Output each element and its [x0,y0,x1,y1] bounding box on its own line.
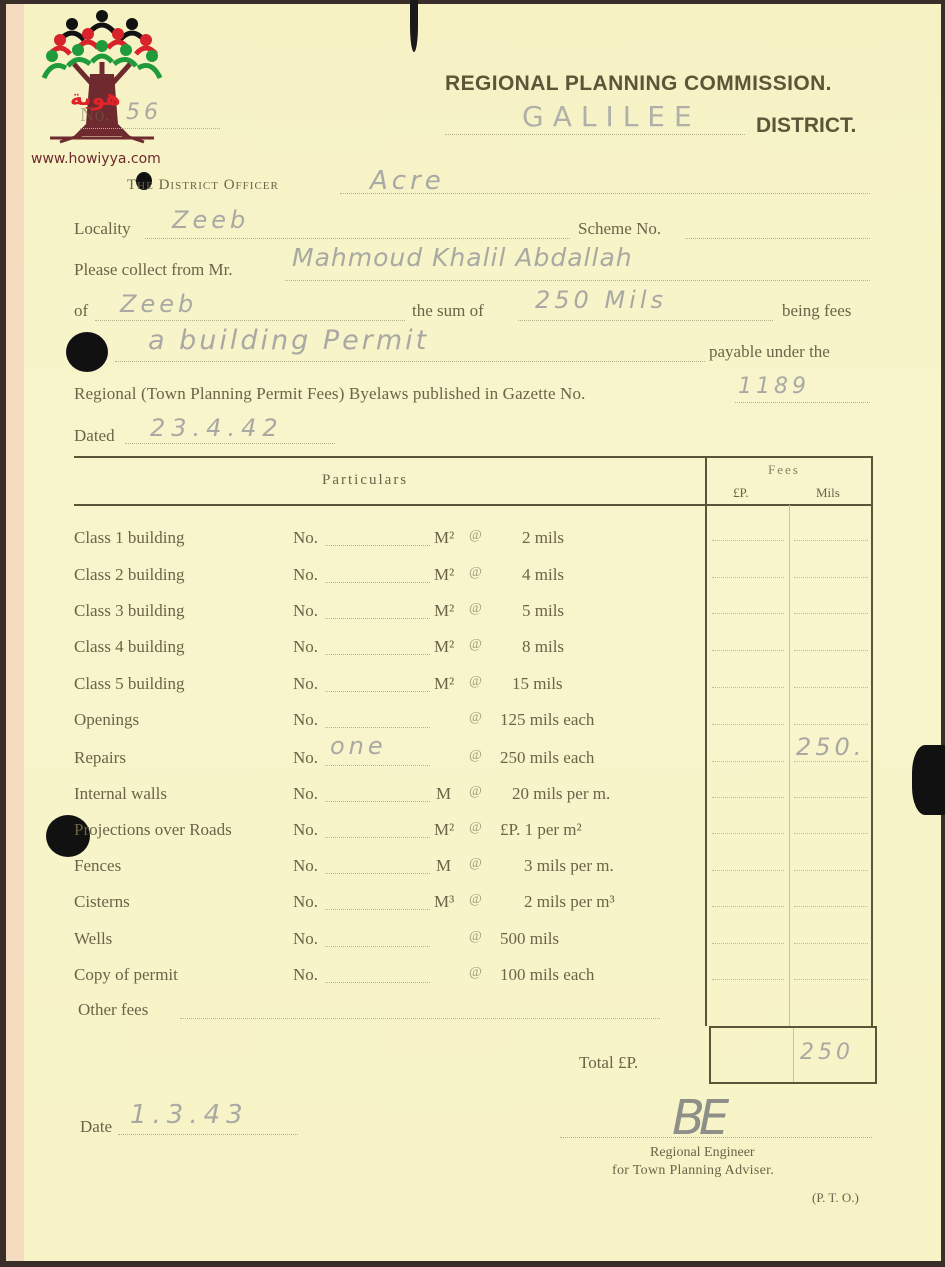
row-label: Class 1 building [74,528,185,548]
fees-right-border [871,456,873,1026]
locality-value: Zeeb [172,206,249,234]
row-rate: 15 mils [512,674,563,694]
row-other-line [180,1018,660,1019]
row-no-value: one [330,732,387,760]
fees-line [794,979,868,980]
row-unit: M² [434,674,454,694]
fees-line [712,540,784,541]
row-rate: 2 mils [522,528,564,548]
row-rate: 2 mils per m³ [524,892,615,912]
row-no-line [325,982,430,983]
row-no-line [325,837,430,838]
fees-line [712,979,784,980]
row-at: @ [469,820,482,836]
row-rate: 250 mils each [500,748,594,768]
district-officer-label: The District Officer [127,177,279,194]
purpose-value: a building Permit [148,325,429,356]
form-number-value: 56 [126,100,162,125]
total-left-border [709,1026,711,1084]
pto-note: (P. T. O.) [812,1190,859,1206]
row-no-line [325,909,430,910]
row-label: Repairs [74,748,126,768]
row-no: No. [293,856,318,876]
dated-value: 23.4.42 [150,414,284,442]
purpose-line [115,361,705,362]
gazette-line [735,402,870,403]
row-unit: M² [434,565,454,585]
collect-line [285,280,870,281]
row-rate: 4 mils [522,565,564,585]
howiyya-logo: هوية [30,4,180,174]
row-rate: 20 mils per m. [512,784,610,804]
total-mils-value: 250 [800,1040,854,1065]
locality-line [145,238,570,239]
row-no-line [325,801,430,802]
fees-line [794,833,868,834]
fees-line [712,833,784,834]
row-mils-value: 250. [796,733,865,761]
row-unit: M [436,784,451,804]
dated-label: Dated [74,426,115,446]
gazette-value: 1189 [738,374,810,399]
district-officer-line [340,193,870,194]
row-label: Other fees [78,1000,148,1020]
row-at: @ [469,748,482,764]
date-value: 1.3.43 [130,1100,249,1130]
punch-hole-right [912,745,945,815]
row-label: Cisterns [74,892,130,912]
date-line [118,1134,298,1135]
fees-line [794,540,868,541]
row-at: @ [469,856,482,872]
row-no-line [325,727,430,728]
district-label: DISTRICT. [756,114,856,138]
fees-line [712,906,784,907]
tree-logo-icon [30,4,180,154]
signer-title: Regional Engineer [650,1145,755,1161]
fees-line [712,687,784,688]
row-label: Class 2 building [74,565,185,585]
row-no: No. [293,820,318,840]
row-at: @ [469,601,482,617]
row-label: Internal walls [74,784,167,804]
district-line [445,134,745,135]
payable-label: payable under the [709,342,830,362]
total-divider [793,1028,794,1082]
punch-hole-left-1 [66,332,108,372]
row-no-line [325,654,430,655]
header-fees: Fees [768,462,800,478]
scheme-line [685,238,870,239]
sum-label: the sum of [412,301,484,321]
row-rate: 8 mils [522,637,564,657]
row-no: No. [293,965,318,985]
row-no: No. [293,929,318,949]
fees-line [712,761,784,762]
row-unit: M² [434,637,454,657]
header-particulars: Particulars [322,472,408,489]
row-at: @ [469,965,482,981]
table-header-bottom-border [74,504,872,506]
total-label: Total £P. [579,1053,638,1073]
fees-line [712,650,784,651]
of-value: Zeeb [120,290,197,318]
row-at: @ [469,528,482,544]
row-label: Class 3 building [74,601,185,621]
row-label: Wells [74,929,112,949]
row-no-line [325,618,430,619]
being-fees-label: being fees [782,301,851,321]
signature: BE [672,1090,723,1146]
header-lp: £P. [733,485,749,501]
row-no-line [325,765,430,766]
row-no: No. [293,601,318,621]
fees-line [794,650,868,651]
row-unit: M² [434,601,454,621]
header-mils: Mils [816,485,840,501]
fees-line [712,613,784,614]
table-top-border [74,456,872,458]
district-value: GALILEE [522,100,701,133]
row-no: No. [293,892,318,912]
fees-line [794,943,868,944]
fees-line [794,687,868,688]
fees-line [712,943,784,944]
total-bottom-border [709,1082,877,1084]
row-label: Class 5 building [74,674,185,694]
row-no: No. [293,784,318,804]
row-unit: M [436,856,451,876]
fees-line [794,577,868,578]
signer-subtitle: for Town Planning Adviser. [612,1163,774,1179]
row-at: @ [469,637,482,653]
row-at: @ [469,565,482,581]
sum-value: 250 Mils [535,286,667,314]
fees-line [712,577,784,578]
district-officer-value: Acre [370,166,445,196]
fees-divider [789,505,790,1027]
sum-line [518,320,773,321]
fees-line [712,797,784,798]
row-label: Projections over Roads [74,820,232,840]
row-at: @ [469,929,482,945]
form-number-line [80,128,220,129]
row-at: @ [469,674,482,690]
fees-line [712,870,784,871]
ink-mark-top [410,0,418,52]
date-label: Date [80,1117,112,1137]
row-unit: M² [434,528,454,548]
row-no: No. [293,528,318,548]
of-line [95,320,405,321]
row-rate: 500 mils [500,929,559,949]
commission-title: REGIONAL PLANNING COMMISSION. [445,72,832,96]
row-rate: 5 mils [522,601,564,621]
row-no-line [325,873,430,874]
row-unit: M³ [434,892,454,912]
fees-line [794,870,868,871]
row-rate: 3 mils per m. [524,856,614,876]
row-at: @ [469,892,482,908]
row-no: No. [293,674,318,694]
dated-line [125,443,335,444]
byelaws-text: Regional (Town Planning Permit Fees) Bye… [74,384,586,404]
row-label: Class 4 building [74,637,185,657]
row-no: No. [293,565,318,585]
total-right-border [875,1026,877,1084]
row-no: No. [293,748,318,768]
fees-line [794,761,868,762]
fees-left-border [705,456,707,1026]
fees-line [794,797,868,798]
fees-line [712,724,784,725]
row-at: @ [469,710,482,726]
fees-line [794,906,868,907]
scheme-label: Scheme No. [578,219,661,239]
fees-line [794,724,868,725]
of-label: of [74,301,88,321]
row-label: Copy of permit [74,965,178,985]
row-label: Fences [74,856,121,876]
form-number-label: No. [80,104,109,127]
row-no-line [325,545,430,546]
row-no: No. [293,710,318,730]
row-label: Openings [74,710,139,730]
collect-value: Mahmoud Khalil Abdallah [292,243,633,272]
row-rate: £P. 1 per m² [500,820,582,840]
collect-label: Please collect from Mr. [74,260,233,280]
row-no-line [325,691,430,692]
row-at: @ [469,784,482,800]
row-no: No. [293,637,318,657]
locality-label: Locality [74,219,131,239]
row-rate: 100 mils each [500,965,594,985]
row-no-line [325,582,430,583]
row-rate: 125 mils each [500,710,594,730]
row-unit: M² [434,820,454,840]
row-no-line [325,946,430,947]
watermark-url: www.howiyya.com [31,151,161,167]
fees-line [794,613,868,614]
